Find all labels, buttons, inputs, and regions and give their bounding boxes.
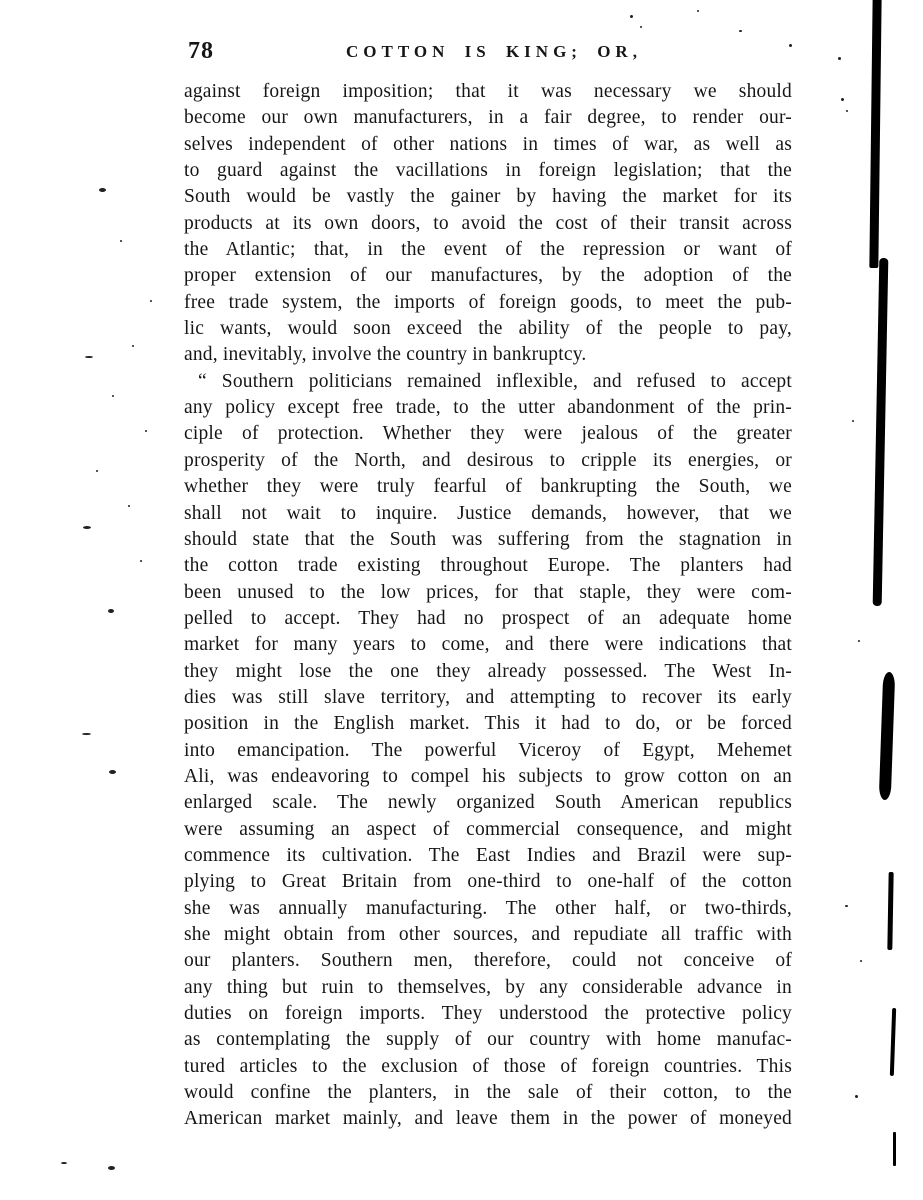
- paragraph-quoted: “ Southern politicians remained inflexib…: [184, 369, 792, 1133]
- scan-speckle: [145, 430, 147, 432]
- text-line: pelled to accept. They had no prospect o…: [184, 606, 792, 632]
- scan-speckle: [739, 30, 742, 32]
- text-line: South would be vastly the gainer by havi…: [184, 184, 792, 210]
- text-line: to guard against the vacillations in for…: [184, 158, 792, 184]
- text-line: selves independent of other nations in t…: [184, 132, 792, 158]
- text-line: lic wants, would soon exceed the ability…: [184, 316, 792, 342]
- text-line: dies was still slave territory, and atte…: [184, 685, 792, 711]
- scan-speckle: [845, 905, 848, 907]
- ink-streak-segment: [879, 672, 895, 800]
- scan-speckle: [855, 1095, 858, 1098]
- scan-speckle: [85, 356, 93, 358]
- scan-speckle: [852, 420, 854, 422]
- ink-streak-segment: [887, 872, 893, 950]
- text-line: proper extension of our manufactures, by…: [184, 263, 792, 289]
- scan-speckle: [841, 98, 844, 101]
- text-line: market for many years to come, and there…: [184, 632, 792, 658]
- scan-speckle: [789, 44, 792, 47]
- text-line: any thing but ruin to themselves, by any…: [184, 975, 792, 1001]
- text-line: Ali, was endeavoring to compel his subje…: [184, 764, 792, 790]
- scanned-book-page: 78 COTTON IS KING; OR, against foreign i…: [0, 0, 923, 1200]
- scan-speckle: [846, 110, 848, 112]
- running-title: COTTON IS KING; OR,: [184, 42, 804, 62]
- text-line: position in the English market. This it …: [184, 711, 792, 737]
- scan-speckle: [640, 26, 642, 28]
- ink-streak-segment: [869, 0, 881, 268]
- scan-speckle: [108, 609, 114, 613]
- scan-speckle: [96, 470, 98, 472]
- scan-speckle: [858, 640, 860, 642]
- text-line: the cotton trade existing throughout Eur…: [184, 553, 792, 579]
- text-line: they might lose the one they already pos…: [184, 659, 792, 685]
- scan-speckle: [112, 395, 114, 397]
- text-block: against foreign imposition; that it was …: [184, 79, 792, 1133]
- text-line: commence its cultivation. The East Indie…: [184, 843, 792, 869]
- text-line: she might obtain from other sources, and…: [184, 922, 792, 948]
- scan-speckle: [697, 10, 699, 12]
- scan-speckle: [82, 733, 91, 735]
- scan-speckle: [150, 300, 152, 302]
- text-line: duties on foreign imports. They understo…: [184, 1001, 792, 1027]
- scan-speckle: [109, 770, 116, 774]
- text-line: into emancipation. The powerful Viceroy …: [184, 738, 792, 764]
- ink-streak-segment: [893, 1132, 896, 1166]
- scan-speckle: [132, 345, 134, 347]
- text-line: she was annually manufacturing. The othe…: [184, 896, 792, 922]
- text-line: prosperity of the North, and desirous to…: [184, 448, 792, 474]
- scan-speckle: [838, 57, 841, 60]
- scan-speckle: [630, 15, 633, 18]
- text-line: our planters. Southern men, therefore, c…: [184, 948, 792, 974]
- paragraph-continued: against foreign imposition; that it was …: [184, 79, 792, 369]
- text-line: been unused to the low prices, for that …: [184, 580, 792, 606]
- text-line: as contemplating the supply of our count…: [184, 1027, 792, 1053]
- scan-speckle: [108, 1166, 115, 1170]
- ink-streak-segment: [873, 258, 889, 606]
- text-line: American market mainly, and leave them i…: [184, 1106, 792, 1132]
- text-line: the Atlantic; that, in the event of the …: [184, 237, 792, 263]
- text-line: shall not wait to inquire. Justice deman…: [184, 501, 792, 527]
- text-line: any policy except free trade, to the utt…: [184, 395, 792, 421]
- text-line: against foreign imposition; that it was …: [184, 79, 792, 105]
- text-line: whether they were truly fearful of bankr…: [184, 474, 792, 500]
- text-line: “ Southern politicians remained inflexib…: [184, 369, 792, 395]
- scan-speckle: [140, 560, 142, 562]
- text-line: products at its own doors, to avoid the …: [184, 211, 792, 237]
- scan-speckle: [128, 505, 130, 507]
- text-line: become our own manufacturers, in a fair …: [184, 105, 792, 131]
- scan-speckle: [83, 526, 91, 529]
- text-line: should state that the South was sufferin…: [184, 527, 792, 553]
- text-line: tured articles to the exclusion of those…: [184, 1054, 792, 1080]
- scan-speckle: [61, 1162, 67, 1164]
- text-line: enlarged scale. The newly organized Sout…: [184, 790, 792, 816]
- text-line: and, inevitably, involve the country in …: [184, 342, 792, 368]
- text-line: were assuming an aspect of commercial co…: [184, 817, 792, 843]
- text-line: would confine the planters, in the sale …: [184, 1080, 792, 1106]
- text-line: free trade system, the imports of foreig…: [184, 290, 792, 316]
- scan-speckle: [120, 240, 122, 242]
- text-line: ciple of protection. Whether they were j…: [184, 421, 792, 447]
- scan-speckle: [99, 188, 106, 192]
- text-line: plying to Great Britain from one-third t…: [184, 869, 792, 895]
- ink-streak-segment: [890, 1008, 896, 1076]
- scan-speckle: [860, 960, 862, 962]
